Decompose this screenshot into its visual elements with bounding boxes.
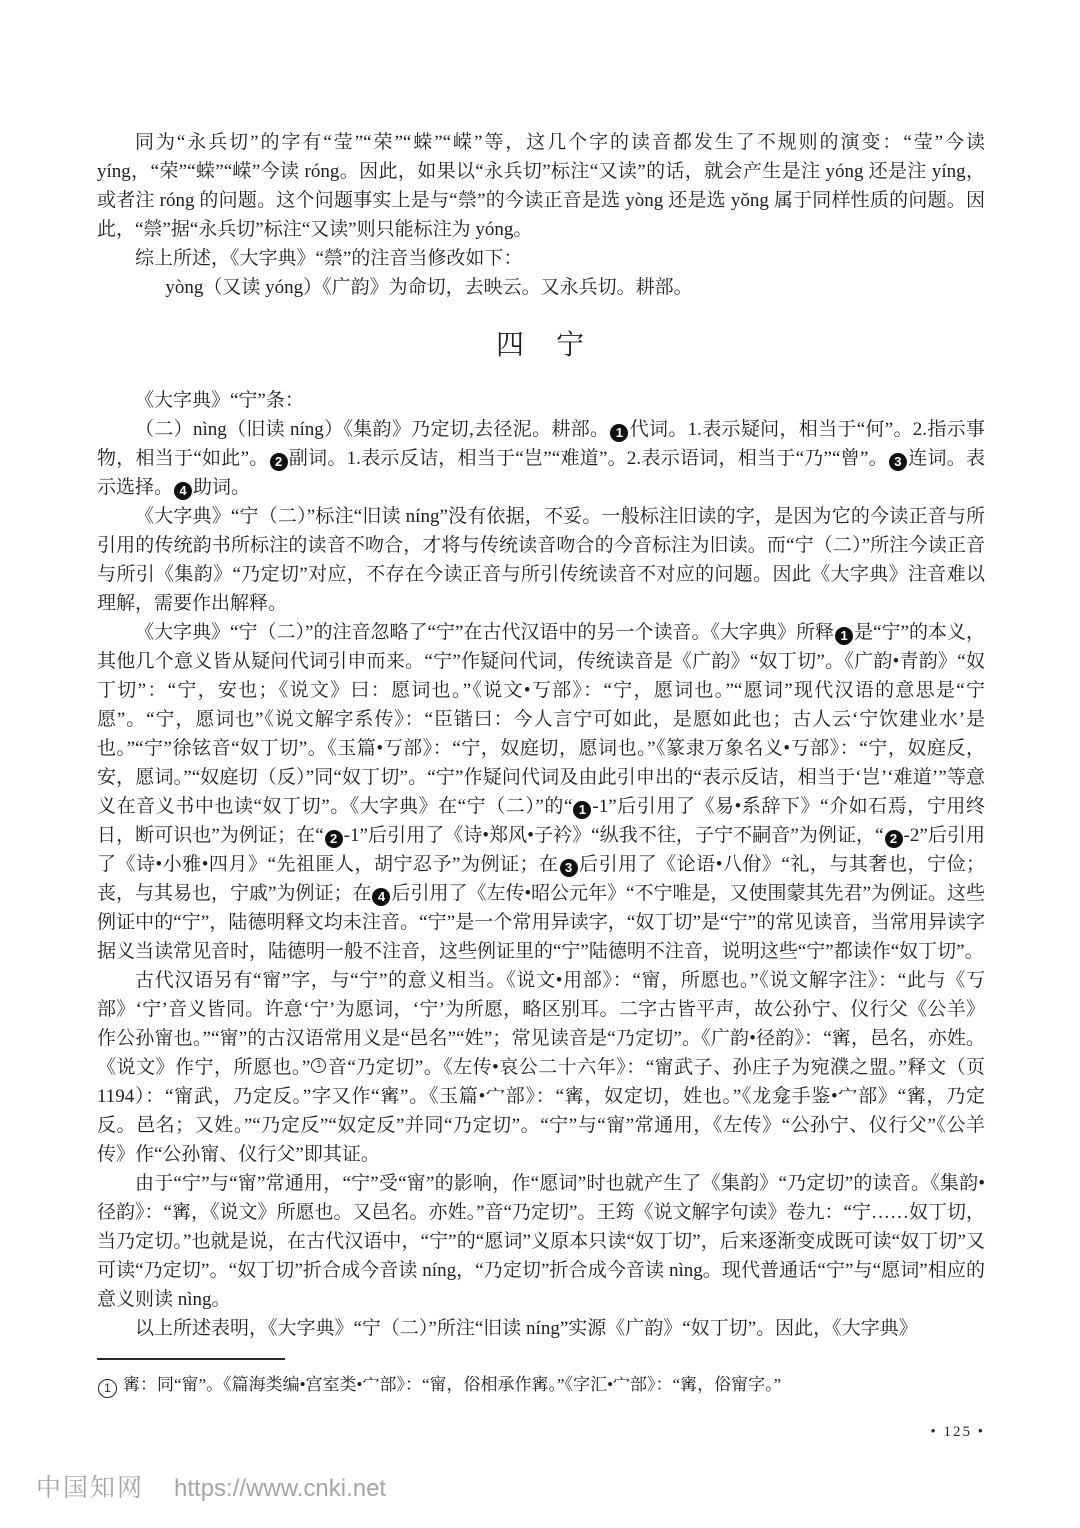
footnote-divider [97, 1358, 285, 1360]
paragraph-yongbingqie-analysis: 同为“永兵切”的字有“莹”“荣”“蝾”“嵘”等，这几个字的读音都发生了不规则的演… [97, 128, 985, 244]
circled-1-badge: 1 [610, 424, 628, 442]
circled-4-badge: 4 [174, 482, 192, 500]
document-page: 同为“永兵切”的字有“莹”“荣”“蝾”“嵘”等，这几个字的读音都发生了不规则的演… [0, 0, 1080, 1528]
circled-3-badge: 3 [889, 453, 907, 471]
circled-2-badge: 2 [885, 830, 903, 848]
paragraph-summary-intro: 综上所述，《大字典》“禜”的注音当修改如下： [97, 244, 985, 273]
paragraph-naidingqie-origin: 由于“宁”与“甯”常通用，“宁”受“甯”的影响，作“愿词”时也就产生了《集韵》“… [97, 1169, 985, 1314]
footnote-1-marker: 1 [311, 1058, 326, 1073]
circled-1-badge: 1 [835, 627, 853, 645]
paragraph-conclusion: 以上所述表明，《大字典》“宁（二）”所注“旧读 níng”实源《广韵》“奴丁切”… [97, 1314, 985, 1343]
footnote-block: 1寗：同“甯”。《篇海类编•宫室类•宀部》：“甯，俗相承作寗。”《字汇•宀部》：… [97, 1358, 985, 1398]
paragraph-jiudu-comment: 《大字典》“宁（二）”标注“旧读 níng”没有依据，不妥。一般标注旧读的字，是… [97, 502, 985, 618]
cnki-logo-text: 中国知网 [36, 1468, 144, 1504]
paragraph-entry-intro: 《大字典》“宁”条： [97, 386, 985, 415]
cnki-url: https://www.cnki.net [174, 1475, 386, 1503]
footnote: 1寗：同“甯”。《篇海类编•宫室类•宀部》：“甯，俗相承作寗。”《字汇•宀部》：… [97, 1372, 985, 1398]
circled-1-badge: 1 [573, 801, 591, 819]
line-yong-correction: yòng（又读 yóng）《广韵》为命切，去映云。又永兵切。耕部。 [97, 273, 985, 302]
paragraph-ning-variant: 古代汉语另有“甯”字，与“宁”的意义相当。《说文•用部》：“甯，所愿也。”《说文… [97, 966, 985, 1169]
cnki-watermark: 中国知网 https://www.cnki.net [36, 1468, 386, 1504]
circled-2-badge: 2 [270, 453, 288, 471]
page-number: • 125 • [930, 1424, 985, 1441]
circled-4-badge: 4 [372, 888, 390, 906]
article-body: 同为“永兵切”的字有“莹”“荣”“蝾”“嵘”等，这几个字的读音都发生了不规则的演… [97, 128, 985, 1343]
section-heading: 四 宁 [97, 326, 985, 366]
circled-3-badge: 3 [560, 859, 578, 877]
dictionary-entry: （二）nìng（旧读 níng）《集韵》乃定切,去径泥。耕部。1代词。1.表示疑… [97, 415, 985, 502]
circled-2-badge: 2 [325, 830, 343, 848]
footnote-1-marker: 1 [98, 1379, 117, 1398]
paragraph-nudingqie-evidence: 《大字典》“宁（二）”的注音忽略了“宁”在古代汉语中的另一个读音。《大字典》所释… [97, 618, 985, 966]
